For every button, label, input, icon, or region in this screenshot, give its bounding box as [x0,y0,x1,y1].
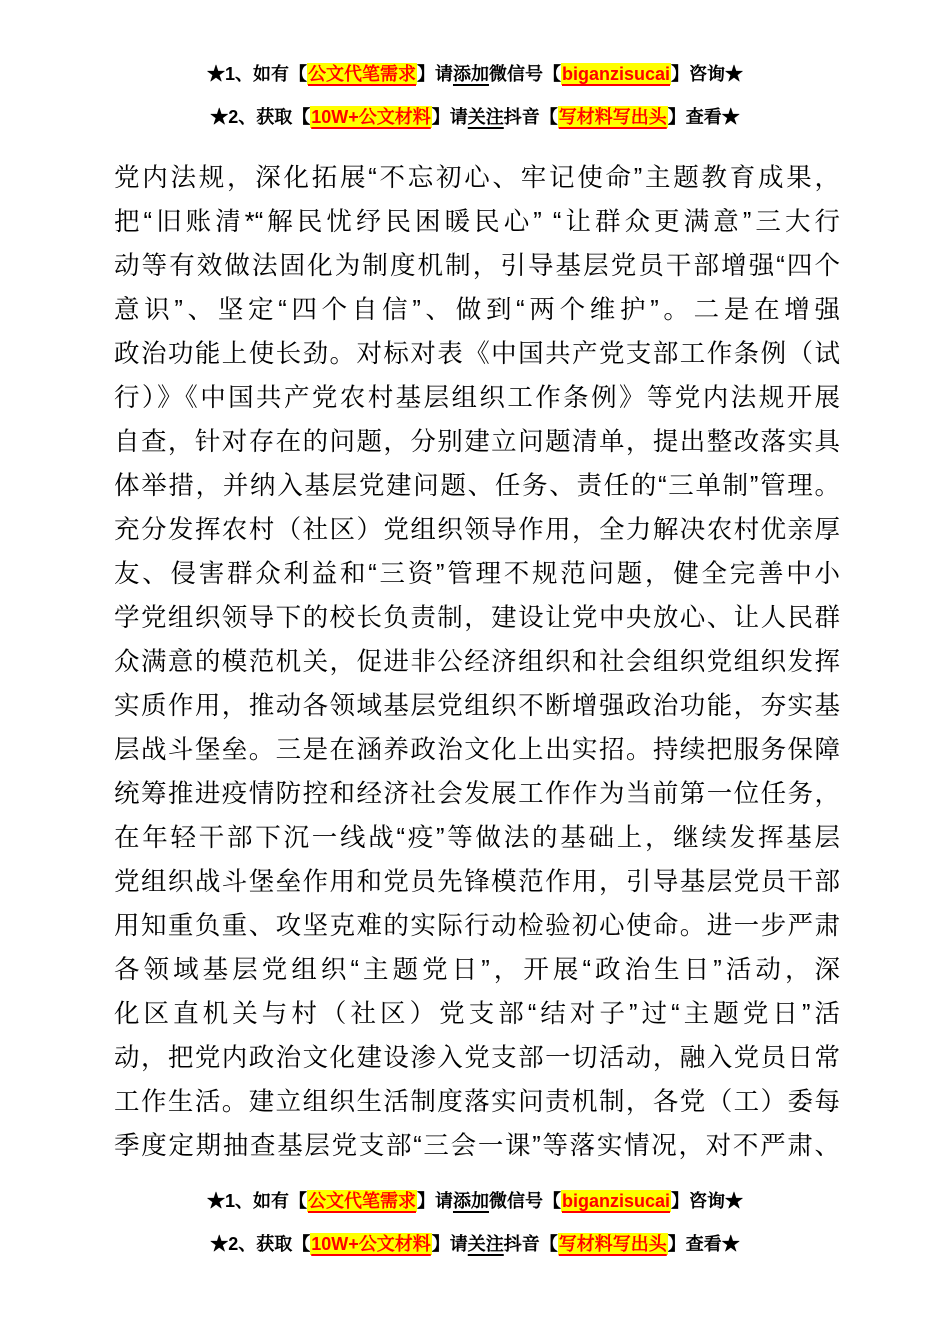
body-text-line: 充分发挥农村（社区）党组织领导作用，全力解决农村优亲厚 [114,508,840,552]
body-text-line: 学党组织领导下的校长负责制，建设让党中央放心、让人民群 [114,596,840,640]
promo-text: 】请 [432,107,468,127]
body-text-line: 体举措，并纳入基层党建问题、任务、责任的“三单制”管理。 [114,464,840,508]
body-text-line: 行）》《中国共产党农村基层组织工作条例》等党内法规开展 [114,376,840,420]
body-text-line: 工作生活。建立组织生活制度落实问责机制，各党（工）委每 [114,1080,840,1124]
body-text-line: 党内法规，深化拓展“不忘初心、牢记使命”主题教育成果， [114,156,840,200]
body-text-line: 自查，针对存在的问题，分别建立问题清单，提出整改落实具 [114,420,840,464]
body-text-line: 实质作用，推动各领域基层党组织不断增强政治功能，夯实基 [114,684,840,728]
promo-text: 】查看★ [668,107,740,127]
body-text-line: 化区直机关与村（社区）党支部“结对子”过“主题党日”活 [114,992,840,1036]
promo-highlighted-text: 10W+公文材料 [310,106,432,128]
promo-text: ★1、如有【 [207,1191,307,1211]
promo-text: ★2、获取【 [210,1234,310,1254]
promo-text: 抖音【 [504,107,558,127]
body-text-line: 党组织战斗堡垒作用和党员先锋模范作用，引导基层党员干部 [114,860,840,904]
document-body: 党内法规，深化拓展“不忘初心、牢记使命”主题教育成果，把“旧账清*“解民忧纾民困… [114,156,840,1168]
promo-line: ★1、如有【公文代笔需求】请添加微信号【biganzisucai】咨询★ [0,53,950,96]
body-text-line: 统筹推进疫情防控和经济社会发展工作作为当前第一位任务， [114,772,840,816]
promo-text: 关注 [468,107,504,127]
body-text-line: 把“旧账清*“解民忧纾民困暖民心” “让群众更满意”三大行 [114,200,840,244]
promo-text: 添加 [453,1191,489,1211]
promo-text: 关注 [468,1234,504,1254]
promo-highlighted-text: 公文代笔需求 [307,1190,417,1212]
promo-text: ★2、获取【 [210,107,310,127]
promo-text: 】请 [417,64,453,84]
body-text-line: 层战斗堡垒。三是在涵养政治文化上出实招。持续把服务保障 [114,728,840,772]
promo-text: 】请 [417,1191,453,1211]
promo-line: ★1、如有【公文代笔需求】请添加微信号【biganzisucai】咨询★ [0,1180,950,1223]
body-text-line: 友、侵害群众利益和“三资”管理不规范问题，健全完善中小 [114,552,840,596]
promo-text: 添加 [453,64,489,84]
promo-highlighted-text: 写材料写出头 [558,106,668,128]
body-text-line: 意识”、坚定“四个自信”、做到“两个维护”。二是在增强 [114,288,840,332]
body-text-line: 动等有效做法固化为制度机制，引导基层党员干部增强“四个 [114,244,840,288]
body-text-line: 政治功能上使长劲。对标对表《中国共产党支部工作条例（试 [114,332,840,376]
promo-text: 】请 [432,1234,468,1254]
promo-text: 微信号【 [489,1191,561,1211]
body-text-line: 各领域基层党组织“主题党日”，开展“政治生日”活动，深 [114,948,840,992]
body-text-line: 众满意的模范机关，促进非公经济组织和社会组织党组织发挥 [114,640,840,684]
promo-text: 】咨询★ [671,1191,743,1211]
promo-highlighted-text: biganzisucai [561,63,671,85]
body-text-line: 用知重负重、攻坚克难的实际行动检验初心使命。进一步严肃 [114,904,840,948]
promo-footer: ★1、如有【公文代笔需求】请添加微信号【biganzisucai】咨询★★2、获… [0,1180,950,1266]
document-page: ★1、如有【公文代笔需求】请添加微信号【biganzisucai】咨询★★2、获… [0,0,950,1344]
body-text-line: 在年轻干部下沉一线战“疫”等做法的基础上，继续发挥基层 [114,816,840,860]
promo-highlighted-text: 公文代笔需求 [307,63,417,85]
promo-text: 】咨询★ [671,64,743,84]
body-text-line: 动，把党内政治文化建设渗入党支部一切活动，融入党员日常 [114,1036,840,1080]
body-text-line: 季度定期抽查基层党支部“三会一课”等落实情况，对不严肃、 [114,1124,840,1168]
promo-line: ★2、获取【10W+公文材料】请关注抖音【写材料写出头】查看★ [0,1223,950,1266]
promo-text: 微信号【 [489,64,561,84]
promo-line: ★2、获取【10W+公文材料】请关注抖音【写材料写出头】查看★ [0,96,950,139]
promo-highlighted-text: 10W+公文材料 [310,1233,432,1255]
promo-highlighted-text: 写材料写出头 [558,1233,668,1255]
promo-text: 抖音【 [504,1234,558,1254]
promo-header: ★1、如有【公文代笔需求】请添加微信号【biganzisucai】咨询★★2、获… [0,53,950,139]
promo-highlighted-text: biganzisucai [561,1190,671,1212]
promo-text: 】查看★ [668,1234,740,1254]
promo-text: ★1、如有【 [207,64,307,84]
